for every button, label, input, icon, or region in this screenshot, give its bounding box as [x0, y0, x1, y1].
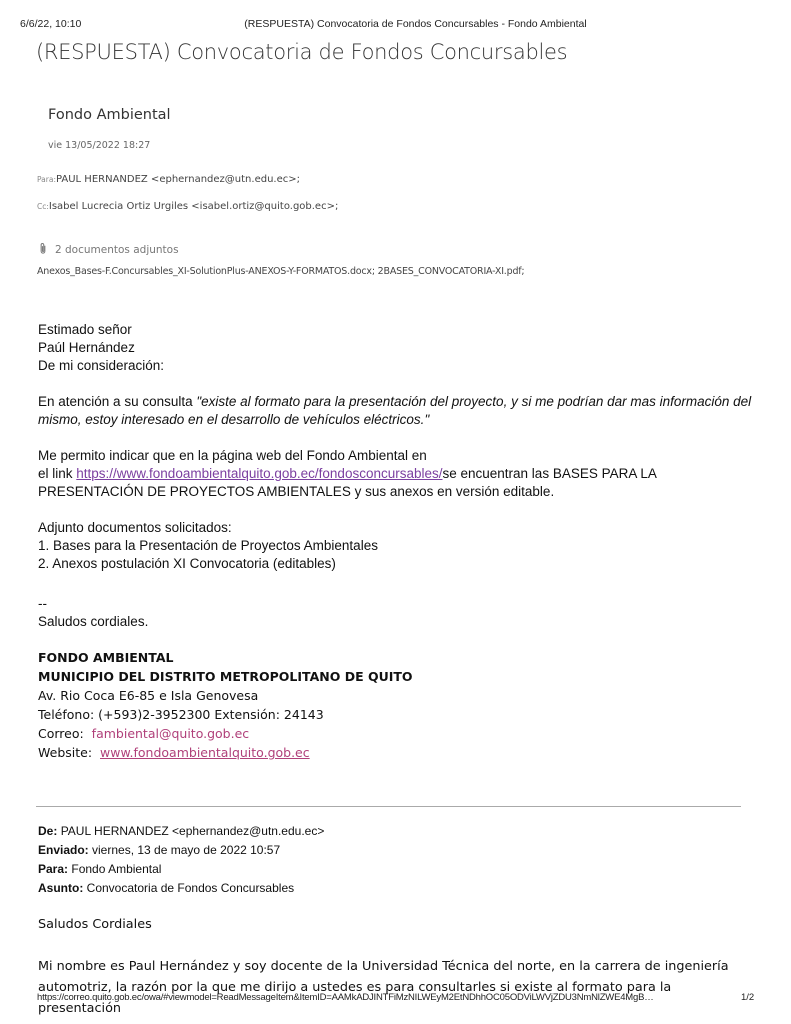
attachments-header[interactable]: 2 documentos adjuntos — [37, 242, 179, 258]
message-sender[interactable]: Fondo Ambiental — [48, 107, 171, 123]
page-number: 1/2 — [741, 992, 754, 1003]
fwd-from: De: PAUL HERNANDEZ <ephernandez@utn.edu.… — [38, 822, 324, 841]
fwd-greeting: Saludos Cordiales — [38, 914, 758, 935]
to-recipient[interactable]: PAUL HERNANDEZ <ephernandez@utn.edu.ec>; — [56, 174, 300, 185]
signature-email-link[interactable]: fambiental@quito.gob.ec — [92, 726, 249, 741]
print-page-title: (RESPUESTA) Convocatoria de Fondos Concu… — [0, 18, 791, 30]
signature-org: FONDO AMBIENTAL — [38, 648, 758, 667]
consulta-paragraph: En atención a su consulta "existe al for… — [38, 393, 758, 429]
attachment-files[interactable]: Anexos_Bases-F.Concursables_XI-SolutionP… — [37, 266, 524, 277]
fwd-to: Para: Fondo Ambiental — [38, 860, 324, 879]
closing: Saludos cordiales. — [38, 613, 758, 631]
fwd-sent: Enviado: viernes, 13 de mayo de 2022 10:… — [38, 841, 324, 860]
to-label: Para: — [37, 175, 56, 184]
signature-email-line: Correo: fambiental@quito.gob.ec — [38, 724, 758, 743]
message-subject: (RESPUESTA) Convocatoria de Fondos Concu… — [36, 40, 567, 64]
signature-address: Av. Rio Coca E6-85 e Isla Genovesa — [38, 686, 758, 705]
print-header: 6/6/22, 10:10 (RESPUESTA) Convocatoria d… — [0, 18, 791, 32]
greeting-line: De mi consideración: — [38, 357, 758, 375]
signature-website-link[interactable]: www.fondoambientalquito.gob.ec — [100, 745, 310, 760]
forwarded-body: Saludos Cordiales Mi nombre es Paul Hern… — [38, 914, 758, 1019]
attachments-count: 2 documentos adjuntos — [55, 244, 179, 256]
forwarded-header: De: PAUL HERNANDEZ <ephernandez@utn.edu.… — [38, 822, 324, 898]
to-line: Para:PAUL HERNANDEZ <ephernandez@utn.edu… — [37, 174, 300, 185]
signature-website-line: Website: www.fondoambientalquito.gob.ec — [38, 743, 758, 762]
signature-phone: Teléfono: (+593)2-3952300 Extensión: 241… — [38, 705, 758, 724]
adjunto-title: Adjunto documentos solicitados: — [38, 519, 758, 537]
fwd-text: Mi nombre es Paul Hernández y soy docent… — [38, 956, 758, 1019]
message-body: Estimado señor Paúl Hernández De mi cons… — [38, 321, 758, 762]
cc-line: Cc:Isabel Lucrecia Ortiz Urgiles <isabel… — [37, 201, 338, 212]
greeting-line: Estimado señor — [38, 321, 758, 339]
adjunto-item: 2. Anexos postulación XI Convocatoria (e… — [38, 555, 758, 573]
link-paragraph-line2: el link https://www.fondoambientalquito.… — [38, 465, 758, 501]
print-url: https://correo.quito.gob.ec/owa/#viewmod… — [37, 992, 654, 1003]
adjunto-item: 1. Bases para la Presentación de Proyect… — [38, 537, 758, 555]
paperclip-icon — [37, 242, 49, 258]
link-paragraph-line1: Me permito indicar que en la página web … — [38, 447, 758, 465]
fondos-concursables-link[interactable]: https://www.fondoambientalquito.gob.ec/f… — [76, 466, 442, 481]
signature-separator: -- — [38, 595, 758, 613]
message-sent-date: vie 13/05/2022 18:27 — [48, 140, 150, 151]
forward-divider — [36, 806, 741, 807]
greeting-line: Paúl Hernández — [38, 339, 758, 357]
cc-label: Cc: — [37, 202, 49, 211]
fwd-subject: Asunto: Convocatoria de Fondos Concursab… — [38, 879, 324, 898]
signature: FONDO AMBIENTAL MUNICIPIO DEL DISTRITO M… — [38, 648, 758, 762]
signature-municipio: MUNICIPIO DEL DISTRITO METROPOLITANO DE … — [38, 667, 758, 686]
cc-recipient[interactable]: Isabel Lucrecia Ortiz Urgiles <isabel.or… — [49, 201, 338, 212]
